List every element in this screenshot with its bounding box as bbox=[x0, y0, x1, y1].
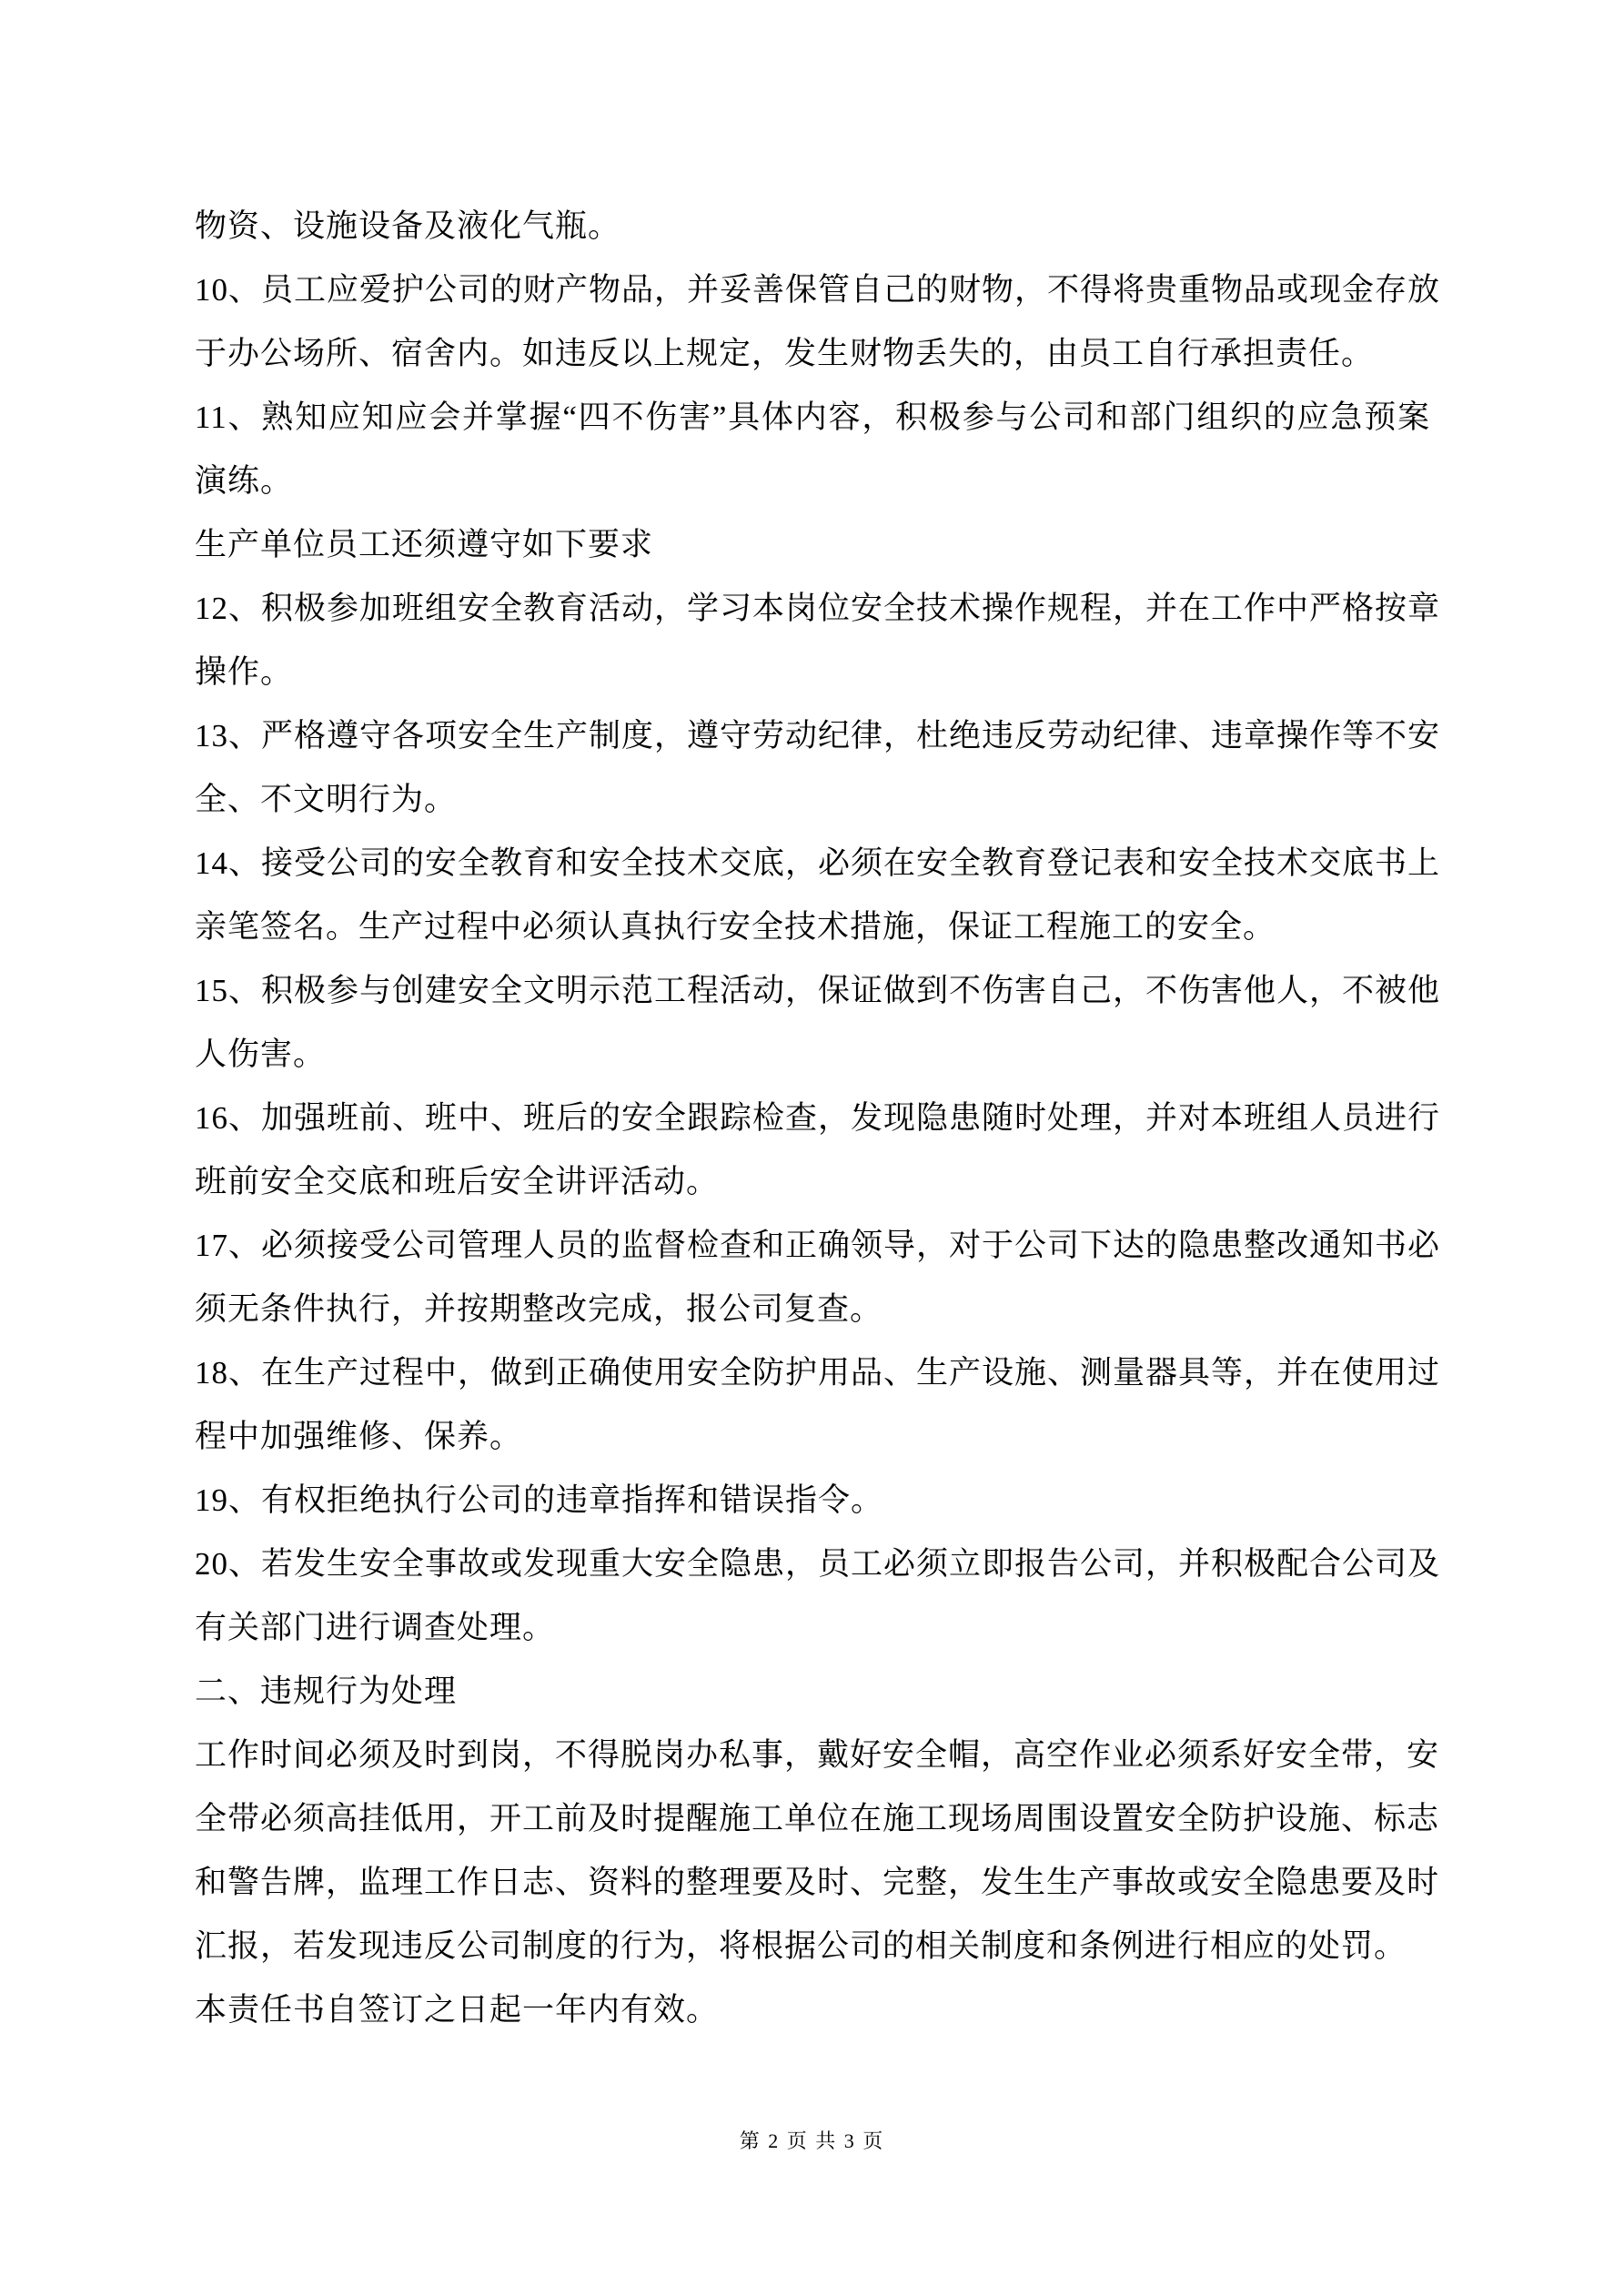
text-line: 全带必须高挂低用，开工前及时提醒施工单位在施工现场周围设置安全防护设施、标志 bbox=[195, 1787, 1430, 1851]
text-line: 有关部门进行调查处理。 bbox=[195, 1596, 1430, 1660]
text-line: 于办公场所、宿舍内。如违反以上规定，发生财物丢失的，由员工自行承担责任。 bbox=[195, 322, 1430, 386]
text-line: 和警告牌，监理工作日志、资料的整理要及时、完整，发生生产事故或安全隐患要及时 bbox=[195, 1851, 1430, 1915]
text-line: 人伤害。 bbox=[195, 1023, 1430, 1087]
text-line: 11、熟知应知应会并掌握“四不伤害”具体内容，积极参与公司和部门组织的应急预案 bbox=[195, 386, 1430, 450]
text-line: 物资、设施设备及液化气瓶。 bbox=[195, 195, 1430, 258]
document-page: 物资、设施设备及液化气瓶。10、员工应爱护公司的财产物品，并妥善保管自己的财物，… bbox=[0, 0, 1624, 2296]
text-line: 汇报，若发现违反公司制度的行为，将根据公司的相关制度和条例进行相应的处罚。 bbox=[195, 1915, 1430, 1978]
text-line: 程中加强维修、保养。 bbox=[195, 1405, 1430, 1469]
text-line: 操作。 bbox=[195, 641, 1430, 704]
text-line: 20、若发生安全事故或发现重大安全隐患，员工必须立即报告公司，并积极配合公司及 bbox=[195, 1532, 1430, 1596]
text-line: 17、必须接受公司管理人员的监督检查和正确领导，对于公司下达的隐患整改通知书必 bbox=[195, 1214, 1430, 1278]
text-line: 生产单位员工还须遵守如下要求 bbox=[195, 513, 1430, 577]
text-line: 14、接受公司的安全教育和安全技术交底，必须在安全教育登记表和安全技术交底书上 bbox=[195, 832, 1430, 895]
text-line: 须无条件执行，并按期整改完成，报公司复查。 bbox=[195, 1278, 1430, 1341]
text-line: 亲笔签名。生产过程中必须认真执行安全技术措施，保证工程施工的安全。 bbox=[195, 895, 1430, 959]
document-body: 物资、设施设备及液化气瓶。10、员工应爱护公司的财产物品，并妥善保管自己的财物，… bbox=[195, 195, 1430, 2042]
text-line: 18、在生产过程中，做到正确使用安全防护用品、生产设施、测量器具等，并在使用过 bbox=[195, 1341, 1430, 1405]
text-line: 全、不文明行为。 bbox=[195, 768, 1430, 832]
text-line: 15、积极参与创建安全文明示范工程活动，保证做到不伤害自己，不伤害他人，不被他 bbox=[195, 959, 1430, 1023]
text-line: 演练。 bbox=[195, 450, 1430, 513]
text-line: 本责任书自签订之日起一年内有效。 bbox=[195, 1978, 1430, 2042]
text-line: 13、严格遵守各项安全生产制度，遵守劳动纪律，杜绝违反劳动纪律、违章操作等不安 bbox=[195, 704, 1430, 768]
text-line: 班前安全交底和班后安全讲评活动。 bbox=[195, 1150, 1430, 1214]
text-line: 10、员工应爱护公司的财产物品，并妥善保管自己的财物，不得将贵重物品或现金存放 bbox=[195, 258, 1430, 322]
text-line: 工作时间必须及时到岗，不得脱岗办私事，戴好安全帽，高空作业必须系好安全带，安 bbox=[195, 1724, 1430, 1787]
text-line: 16、加强班前、班中、班后的安全跟踪检查，发现隐患随时处理，并对本班组人员进行 bbox=[195, 1087, 1430, 1150]
text-line: 12、积极参加班组安全教育活动，学习本岗位安全技术操作规程，并在工作中严格按章 bbox=[195, 577, 1430, 641]
page-number-footer: 第 2 页 共 3 页 bbox=[0, 2128, 1624, 2155]
text-line: 19、有权拒绝执行公司的违章指挥和错误指令。 bbox=[195, 1469, 1430, 1532]
text-line: 二、违规行为处理 bbox=[195, 1660, 1430, 1724]
